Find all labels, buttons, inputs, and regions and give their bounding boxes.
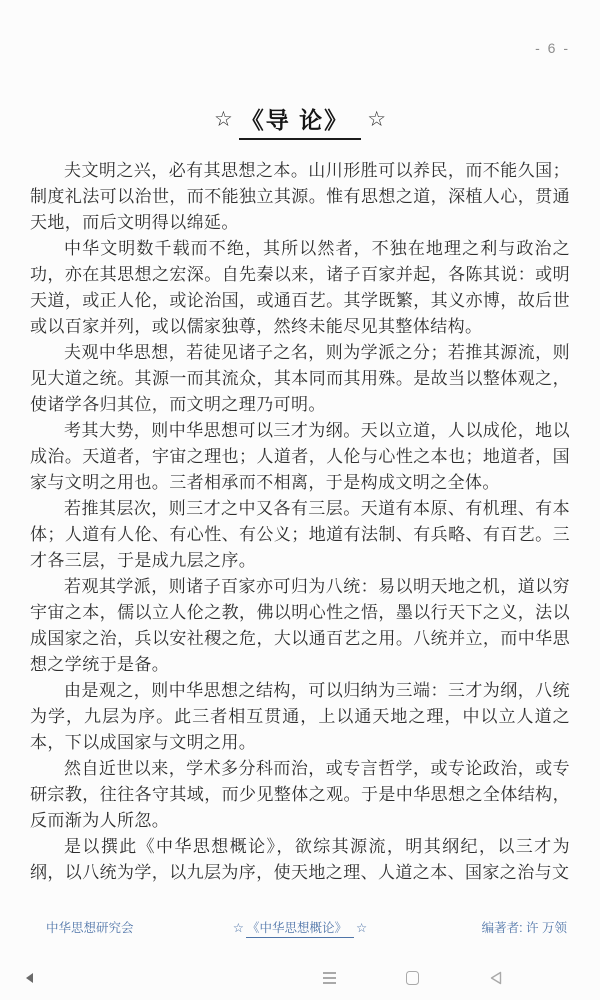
star-icon: ☆	[367, 108, 386, 131]
collapse-arrow-icon[interactable]	[26, 973, 33, 983]
page-title-text: 《导 论》	[239, 102, 361, 140]
paragraph: 中华文明数千载而不绝，其所以然者，不独在地理之利与政治之功，亦在其思想之宏深。自…	[30, 236, 570, 340]
page-footer: 中华思想研究会 ☆《中华思想概论》☆ 编著者: 许 万领	[0, 918, 600, 938]
recents-icon[interactable]	[323, 972, 336, 984]
page-title: ☆《导 论》☆	[0, 102, 600, 140]
back-icon[interactable]	[489, 971, 503, 985]
star-icon: ☆	[356, 921, 367, 935]
page-number: - 6 -	[535, 40, 570, 56]
star-icon: ☆	[233, 921, 244, 935]
paragraph: 然自近世以来，学术多分科而治，或专言哲学，或专论政治，或专研宗教，往往各守其域，…	[30, 756, 570, 834]
paragraph: 若推其层次，则三才之中又各有三层。天道有本原、有机理、有本体；人道有人伦、有心性…	[30, 496, 570, 574]
paragraph: 由是观之，则中华思想之结构，可以归纳为三端：三才为纲，八统为学，九层为序。此三者…	[30, 678, 570, 756]
paragraph: 夫文明之兴，必有其思想之本。山川形胜可以养民，而不能久国；制度礼法可以治世，而不…	[30, 158, 570, 236]
paragraph: 若观其学派，则诸子百家亦可归为八统：易以明天地之机，道以穷宇宙之本，儒以立人伦之…	[30, 574, 570, 678]
footer-author: 编著者: 许 万领	[482, 918, 567, 936]
home-icon[interactable]	[406, 971, 419, 985]
paragraph: 考其大势，则中华思想可以三才为纲。天以立道，人以成伦，地以成治。天道者，宇宙之理…	[30, 418, 570, 496]
page-body: 夫文明之兴，必有其思想之本。山川形胜可以养民，而不能久国；制度礼法可以治世，而不…	[30, 158, 570, 916]
system-navbar	[0, 955, 600, 1000]
paragraph: 夫观中华思想，若徒见诸子之名，则为学派之分；若推其源流，则见大道之统。其源一而其…	[30, 340, 570, 418]
star-icon: ☆	[214, 108, 233, 131]
footer-book-title-text: 《中华思想概论》	[246, 918, 354, 938]
paragraph: 是以撰此《中华思想概论》，欲综其源流，明其纲纪，以三才为纲，以八统为学，以九层为…	[30, 834, 570, 886]
